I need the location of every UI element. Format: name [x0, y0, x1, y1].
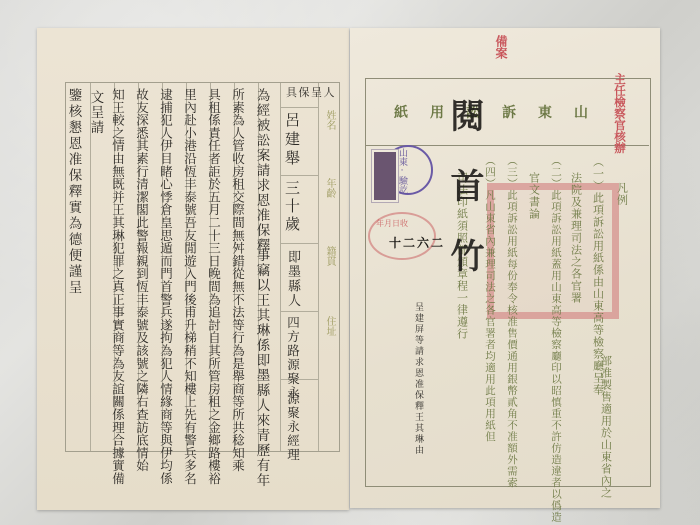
petition-column-5: 里內赴小港沿恆丰泰號吾友閒遊入門後甫升梯稍不知樓上先有警兵多名	[183, 88, 196, 485]
oval-stamp-text: 年月日收	[376, 218, 408, 229]
field-occupation: 源聚永經理	[286, 392, 299, 462]
petition-column-6: 逮捕犯人伊目睹心悸倉皇思遁而門首警兵遂拘為犯人情緣商等與伊均係	[159, 88, 172, 485]
field-age: 三十歲	[284, 180, 299, 234]
rule-2-cont: 官文書論	[528, 172, 540, 220]
title-char-6: 紙	[394, 102, 408, 122]
petition-column-7: 故友深悉其素行清潔閣此警報親到恆丰泰號及該號之隣右查訪底情始	[135, 88, 148, 472]
label-age: 年齡	[322, 178, 337, 198]
title-char-3: 訴	[502, 102, 516, 122]
petition-column-4: 具租係責任者詎於五月二十三日晚間為追討自其所管房租之金鄉路樓裕	[207, 88, 220, 485]
label-name: 姓名	[322, 110, 337, 130]
stamp-chief-prosecutor: 主任檢察官核辦	[612, 73, 628, 154]
handwritten-date: 十二六二	[389, 234, 445, 251]
revenue-stamp	[372, 150, 398, 202]
rule-2: （二）此項訴訟用紙蓋用山東高等檢察廳印以昭慎重不許仿造違者以僞造	[550, 155, 561, 523]
rule-3: （三）此項訴訟用紙每份奉令核准售價通用銀幣貳角不准額外需索	[506, 155, 517, 489]
petition-column-2: 事竊以王其琳係即墨縣人來青歷有年	[254, 248, 268, 488]
stamp-filed: 備案	[493, 35, 510, 59]
petitioner-summary-line: 呈建屏等請求恩准保釋王其琳由	[413, 302, 422, 456]
rules-heading: 凡例	[616, 182, 628, 206]
rule-1-cont2: 部准製售適用於山東省內之	[600, 355, 612, 499]
petition-column-8: 知王較之情由無既并王其琳犯罪之真正事實商等為友誼關係理合據實備	[111, 88, 124, 485]
header-petitioner: 具保呈人	[286, 87, 336, 98]
petition-column-9: 文呈請	[88, 90, 102, 135]
petition-column-1: 為經被訟案請求恩准保釋	[254, 88, 268, 253]
field-origin: 即墨縣人	[286, 250, 299, 308]
petition-column-3: 所素為人管收房租交際間無舛錯從無不法等行為是舉商等所共稔知乘	[231, 88, 244, 472]
title-char-2: 東	[538, 102, 552, 122]
title-char-1: 山	[574, 102, 588, 122]
label-origin: 籍貫	[322, 246, 337, 266]
petition-column-10: 鑒核懇恩准保釋實為德便謹呈	[66, 88, 80, 296]
field-name: 呂建舉	[284, 112, 299, 169]
rule-1-cont: 法院及兼理司法之各官署	[570, 172, 582, 304]
official-signature: 閱 首 竹	[440, 98, 489, 270]
label-address: 住址	[322, 316, 337, 336]
field-address: 四方路源聚永	[286, 316, 299, 400]
